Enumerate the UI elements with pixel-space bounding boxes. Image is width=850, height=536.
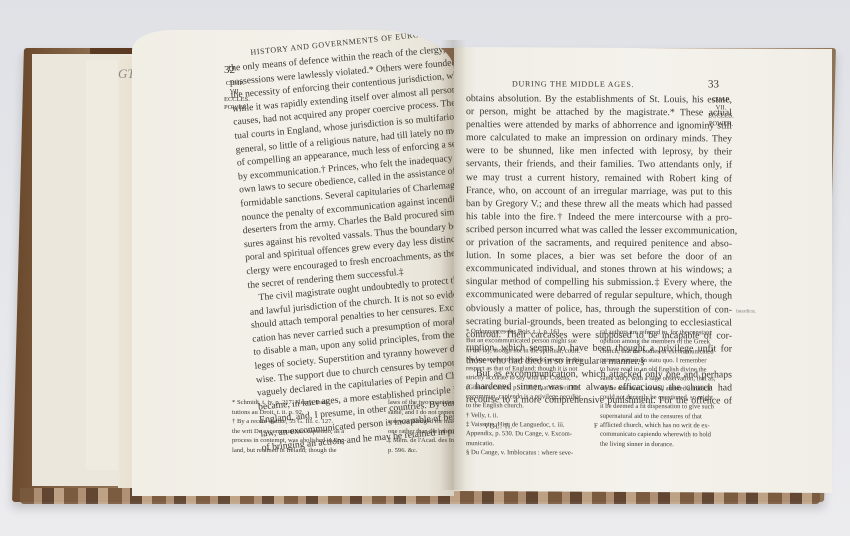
text-line: we may trust a current history, remained… (466, 171, 732, 185)
text-line: servants, their friends, and their famil… (466, 158, 732, 172)
text-line: more calculated to make an impression on… (466, 131, 732, 145)
footnote-line: strictly accurate to say with Dr. Cosens… (466, 374, 594, 384)
footnote-line: process in contempt, was abolished in En… (232, 436, 382, 446)
text-line: or person, might be attached by the magi… (466, 105, 732, 119)
text-line: obtains absolution. By the establishment… (466, 92, 732, 106)
footnote-line: same story, with a sage observation, tha… (600, 374, 728, 384)
footnote-line: opinion among the members of the Greek (600, 337, 728, 347)
text-line: or privation of the sacraments, and requ… (466, 236, 732, 250)
footnote-line: But an excommunicated person might sue (466, 336, 594, 346)
footnote-column: * Ordonnances des Rois, t. i. p. 161. Bu… (466, 327, 594, 458)
footnote-line: the writ De excommunicato capiendo, as a (232, 427, 382, 437)
body-text: the only means of defence within the rea… (228, 38, 454, 454)
footnote-line: * Schmidt, t. iv. p. 217. Fleury, Insti- (232, 398, 382, 408)
footnote-line: communicato capiendo wherewith to hold (600, 430, 728, 440)
text-line: excommunicated were debarred of regular … (466, 288, 732, 302)
text-line: penalties were attended by marks of abho… (466, 118, 732, 132)
text-line: ban by Gregory V.; and these threw all t… (466, 197, 732, 211)
footnote-line: the living sinner in durance. (600, 439, 728, 449)
footnotes: * Ordonnances des Rois, t. i. p. 161. Bu… (466, 327, 736, 328)
footnote-line: municatio. (466, 439, 594, 449)
footnote-line: † By a recent statute, 53 G. III. c. 127… (232, 417, 382, 427)
footnote-line: in the lay, though not in the spiritual,… (466, 346, 594, 356)
footnote-line: § Du Cange, v. Imblocatus : where seve- (466, 448, 594, 458)
footnote-line: to the English church. (466, 401, 594, 411)
footnote-line: Appendix, p. 530. Du Cange, v. Excom- (466, 429, 594, 439)
footnote-column: ral authors are referred to, for the con… (600, 328, 728, 450)
footnote-line: tutions au Droit, t. ii. p. 92. (232, 408, 382, 418)
gutter-shadow (440, 40, 466, 490)
footnote-line: it be deemed a fit dispensation to give … (600, 402, 728, 412)
running-head: DURING THE MIDDLE AGES. (512, 79, 634, 89)
book-photo: GT 32 HISTORY AND GOVERNMENTS OF EUROPE … (0, 0, 850, 536)
text-line: France, who, on account of an irregular … (466, 184, 732, 198)
text-line: excommunicated individual, and stones th… (466, 262, 732, 276)
right-page: DURING THE MIDDLE AGES. 33 CHAP. VII. EC… (454, 47, 832, 493)
text-line: lution. In some places, a bier was set b… (466, 249, 732, 263)
text-line: scribed person incurred what was called … (466, 223, 732, 237)
text-line: were to be shunned, like men infected wi… (466, 144, 732, 158)
text-line: singular method of compelling his submis… (466, 275, 732, 289)
footnote-column: * Schmidt, t. iv. p. 217. Fleury, Insti-… (232, 398, 382, 456)
text-line: his table into the fire.† Indeed the mer… (466, 210, 732, 224)
side-note: Interdicts. (736, 309, 756, 314)
footnote-line: land, but retained in Ireland; though th… (232, 446, 382, 456)
volume-label: VOL. II. (484, 422, 513, 430)
left-page: 32 HISTORY AND GOVERNMENTS OF EUROPE CHA… (132, 30, 454, 496)
text-line: obviously a matter of police, has, throu… (466, 302, 732, 316)
footnote-line: church, that the bodies of excommunicate… (600, 346, 728, 356)
signature-mark: F (594, 422, 598, 430)
page-number: 33 (708, 78, 719, 90)
